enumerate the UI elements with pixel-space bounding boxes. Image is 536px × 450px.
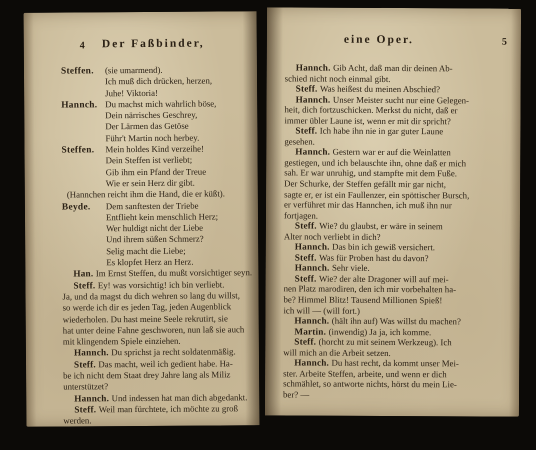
speaker-label: Hannch. [296,62,333,72]
speaker-label: Steff. [73,280,97,290]
right-page: eine Oper. 5 Hannch. Gib Acht, daß man d… [265,7,521,416]
speaker-label: Beyde. [62,202,106,213]
left-page-body: Steffen.(sie umarmend).Ich muß dich drüc… [61,64,256,427]
text-line: so werde ich dir es jeden Tag, jeden Aug… [63,301,255,314]
verse-text: Mein holdes Kind verzeihe! [105,144,204,155]
gutter-shadow [265,7,283,415]
right-page-body: Hannch. Gib Acht, daß man dir deinen Ab-… [283,62,516,401]
speaker-label: Steff. [295,126,319,136]
speaker-label: Martin. [294,326,328,336]
running-title-left: Der Faßbinder, [24,37,257,51]
speaker-label: Hannch. [295,147,332,157]
verse-text: Dem sanftesten der Triebe [106,200,199,211]
speaker-label: Steff. [74,359,98,369]
text-line: Hannch. Gib Acht, daß man dir deinen Ab- [285,62,516,74]
page-number-right: 5 [502,37,507,48]
verse-text: Führ't Martin noch herbey. [105,132,199,143]
verse-text: Und ihrem süßen Schmerz? [106,234,204,245]
speaker-label: Hannch. [61,100,105,111]
text-line: Steff. Ich habe ihn nie in gar guter Lau… [284,126,515,138]
verse-text: Es klopfet Herz an Herz. [106,257,193,268]
text-line: hat unter deine Fahne geschworen, nun la… [63,324,255,337]
speaker-label: Hannch. [295,263,332,273]
speaker-label: Steffen. [61,66,105,77]
running-head-right: eine Oper. 5 [267,33,521,48]
verse-text: Selig macht die Liebe; [106,245,185,256]
running-title-right: eine Oper. [267,33,521,46]
speaker-label: Steff. [74,404,98,414]
speaker-label: Steff. [294,337,318,347]
page-edge-shadow [24,13,37,427]
verse-text: Wie er sein Herz dir gibt. [106,178,195,189]
verse-text: Entflieht kein menschlich Herz; [106,211,218,222]
speaker-label: Hannch. [294,316,331,326]
verse-text: Dein Steffen ist verliebt; [106,155,193,166]
text-line: be? Himmel Blitz! Tausend Millionen Spie… [284,294,515,306]
speaker-label: Steff. [295,252,319,262]
speaker-label: Hannch. [296,94,333,104]
text-line: be ich nicht dem Staat drey Jahre lang a… [63,369,255,382]
speaker-label: Steffen. [61,145,105,156]
text-line: Steff. Weil man fürchtete, ich möchte zu… [63,403,255,416]
speaker-label: Hannch. [74,393,111,403]
text-line: Der Schurke, der Steffen gefällt mir gar… [284,178,515,190]
speaker-label: Hannch. [294,358,331,368]
speaker-label: Han. [73,269,96,279]
speaker-label: Hannch. [74,348,111,358]
speaker-label: Steff. [295,221,319,231]
speaker-label: Hannch. [295,242,332,252]
text-line: Han. Im Ernst Steffen, du mußt vorsichti… [62,268,254,281]
speaker-label: Steff. [296,84,320,94]
verse-text: Ich muß dich drücken, herzen, [105,76,212,87]
verse-text: Der Lärmen das Getöse [105,121,188,132]
verse-text: Dein närrisches Geschrey, [105,110,197,121]
text-line: er verführet mir das Hannchen, ich muß i… [284,200,515,212]
running-head-left: 4 Der Faßbinder, [24,37,257,53]
verse-text: Juhe! Viktoria! [105,87,158,97]
open-book-photo: 4 Der Faßbinder, Steffen.(sie umarmend).… [0,0,536,450]
verse-text: Gib ihm ein Pfand der Treue [106,166,206,177]
left-page: 4 Der Faßbinder, Steffen.(sie umarmend).… [24,11,260,427]
text-line: schmählet, so antworte nichts, hörst du … [283,379,514,391]
verse-text: Wer huldigt nicht der Liebe [106,223,203,234]
text-line: werden. [63,414,255,426]
verse-text: (sie umarmend). [105,65,163,75]
text-line: Hannch. Du sprichst ja recht soldatenmäß… [63,347,255,360]
speaker-label: Steff. [295,273,319,283]
verse-text: Du machst mich wahrlich böse, [105,98,216,109]
text-line: ber? — [283,389,514,401]
